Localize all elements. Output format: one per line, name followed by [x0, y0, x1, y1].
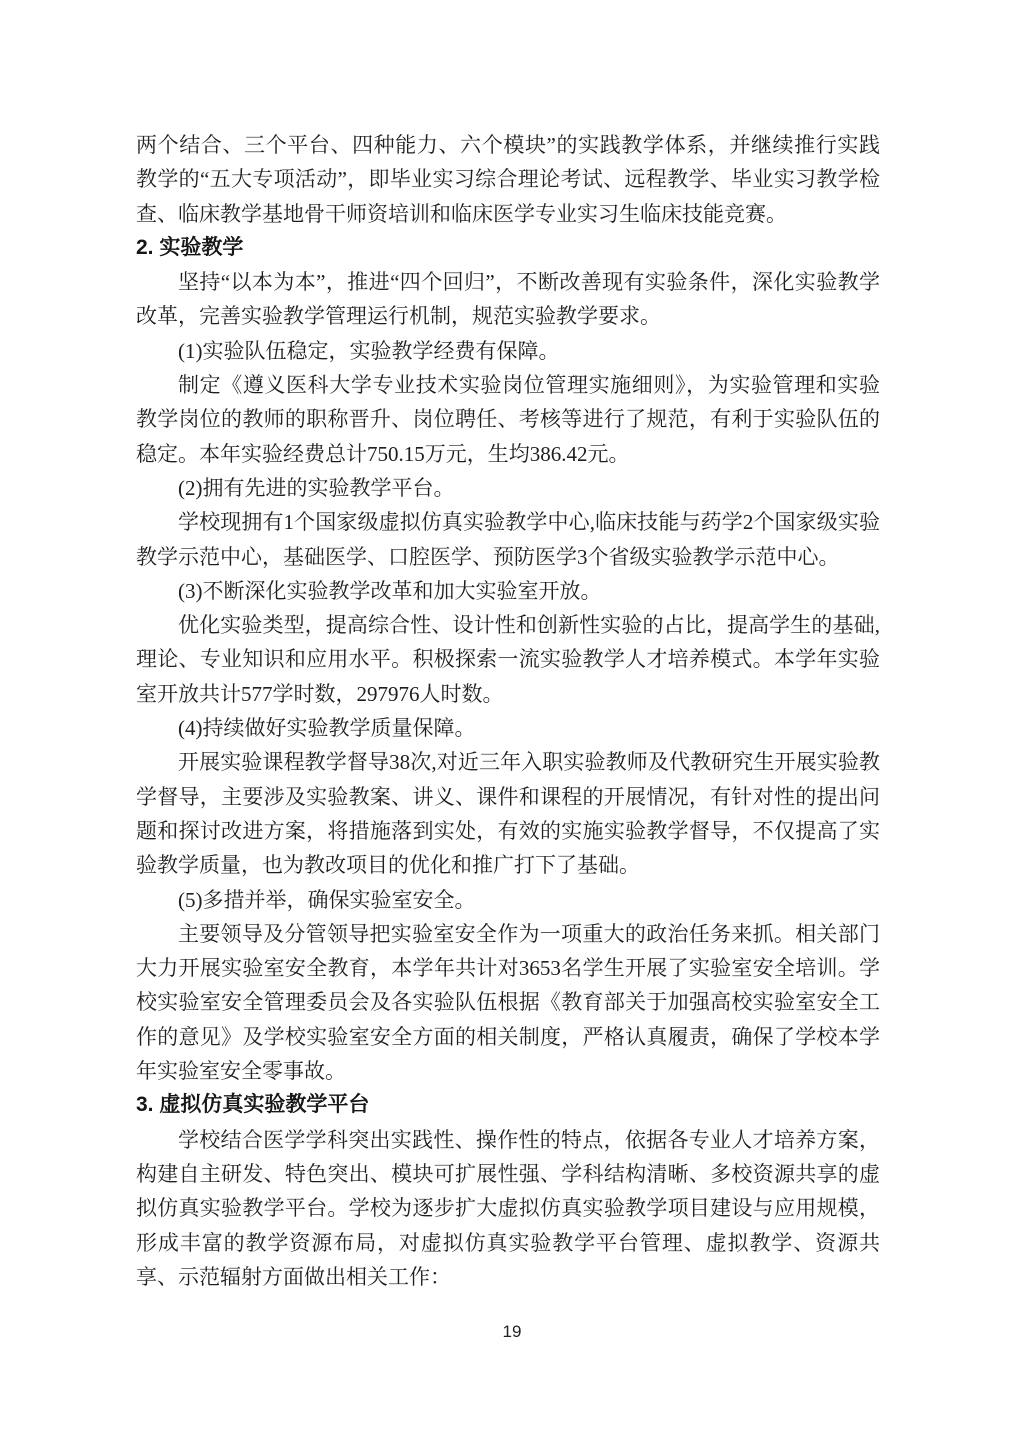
document-page: 两个结合、三个平台、四种能力、六个模块”的实践教学体系，并继续推行实践教学的“五…: [0, 0, 1024, 1448]
list-item-1: (1)实验队伍稳定，实验教学经费有保障。: [136, 334, 880, 368]
page-number: 19: [503, 1322, 522, 1341]
list-item-5: (5)多措并举，确保实验室安全。: [136, 883, 880, 917]
list-item-4: (4)持续做好实验教学质量保障。: [136, 711, 880, 745]
paragraph: 制定《遵义医科大学专业技术实验岗位管理实施细则》，为实验管理和实验教学岗位的教师…: [136, 368, 880, 471]
paragraph: 坚持“以本为本”，推进“四个回归”，不断改善现有实验条件，深化实验教学改革，完善…: [136, 265, 880, 334]
list-item-2: (2)拥有先进的实验教学平台。: [136, 471, 880, 505]
paragraph: 优化实验类型，提高综合性、设计性和创新性实验的占比，提高学生的基础,理论、专业知…: [136, 608, 880, 711]
paragraph: 开展实验课程教学督导38次,对近三年入职实验教师及代教研究生开展实验教学督导，主…: [136, 745, 880, 882]
paragraph: 学校现拥有1个国家级虚拟仿真实验教学中心,临床技能与药学2个国家级实验教学示范中…: [136, 505, 880, 574]
section-heading-experimental-teaching: 2. 实验教学: [136, 231, 880, 265]
section-heading-virtual-simulation-platform: 3. 虚拟仿真实验教学平台: [136, 1088, 880, 1122]
list-item-3: (3)不断深化实验教学改革和加大实验室开放。: [136, 574, 880, 608]
paragraph: 学校结合医学学科突出实践性、操作性的特点，依据各专业人才培养方案，构建自主研发、…: [136, 1123, 880, 1294]
paragraph: 主要领导及分管领导把实验室安全作为一项重大的政治任务来抓。相关部门大力开展实验室…: [136, 917, 880, 1088]
paragraph-continued: 两个结合、三个平台、四种能力、六个模块”的实践教学体系，并继续推行实践教学的“五…: [136, 128, 880, 231]
page-footer: 19: [0, 1322, 1024, 1342]
page-content: 两个结合、三个平台、四种能力、六个模块”的实践教学体系，并继续推行实践教学的“五…: [136, 128, 880, 1294]
